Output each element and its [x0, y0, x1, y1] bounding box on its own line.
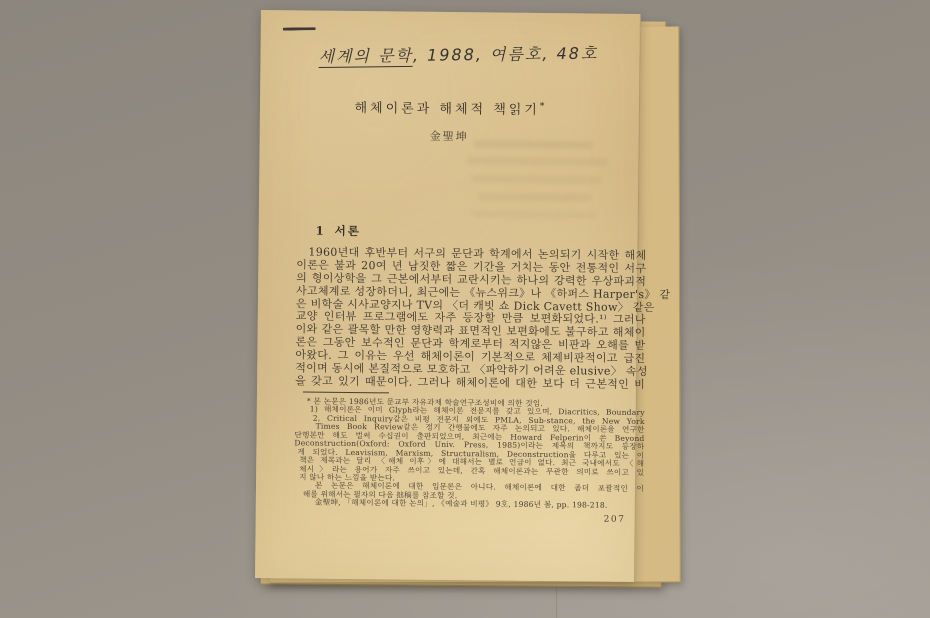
article-title-text: 해체이론과 해체적 책읽기	[354, 101, 540, 118]
verso-showthrough	[467, 157, 607, 165]
section-title: 서론	[335, 224, 361, 238]
footnote-separator-rule	[303, 391, 389, 393]
article-title: 해체이론과 해체적 책읽기*	[260, 96, 639, 119]
section-heading: 1서론	[316, 223, 361, 239]
photo-scene: 세계의 문학, 1988, 여름호, 48호 해체이론과 해체적 책읽기* 金聖…	[0, 0, 930, 618]
pen-dash-mark	[283, 27, 316, 31]
body-paragraph: 1960년대 후반부터 서구의 문단과 학계에서 논의되기 시작한 해체 이론은…	[295, 246, 646, 391]
footnote-line: 金聖坤, 「해체이론에 대한 논의」, 《예술과 비평》 9호, 1986년 봄…	[294, 499, 644, 511]
title-footnote-marker: *	[540, 102, 545, 112]
handwritten-annotation: 세계의 문학, 1988, 여름호, 48호	[318, 40, 618, 67]
verso-showthrough	[471, 175, 601, 183]
handwritten-issue-info: , 1988, 여름호, 48호	[413, 44, 599, 65]
section-number: 1	[316, 224, 326, 238]
page-number: 207	[604, 515, 626, 525]
verso-showthrough	[479, 193, 591, 201]
handwritten-journal-title: 세계의 문학	[318, 46, 413, 68]
footnote-block: * 본 논문은 1986년도 문교부 자유과제 학술연구조성비에 의한 것임. …	[294, 397, 645, 510]
verso-showthrough	[473, 210, 597, 218]
body-text-line: 을 갖고 있기 때문이다. 그러나 해체이론에 대한 보다 더 근본적인 비	[295, 375, 645, 392]
paper-page: 세계의 문학, 1988, 여름호, 48호 해체이론과 해체적 책읽기* 金聖…	[255, 10, 641, 582]
verso-showthrough	[475, 140, 593, 148]
